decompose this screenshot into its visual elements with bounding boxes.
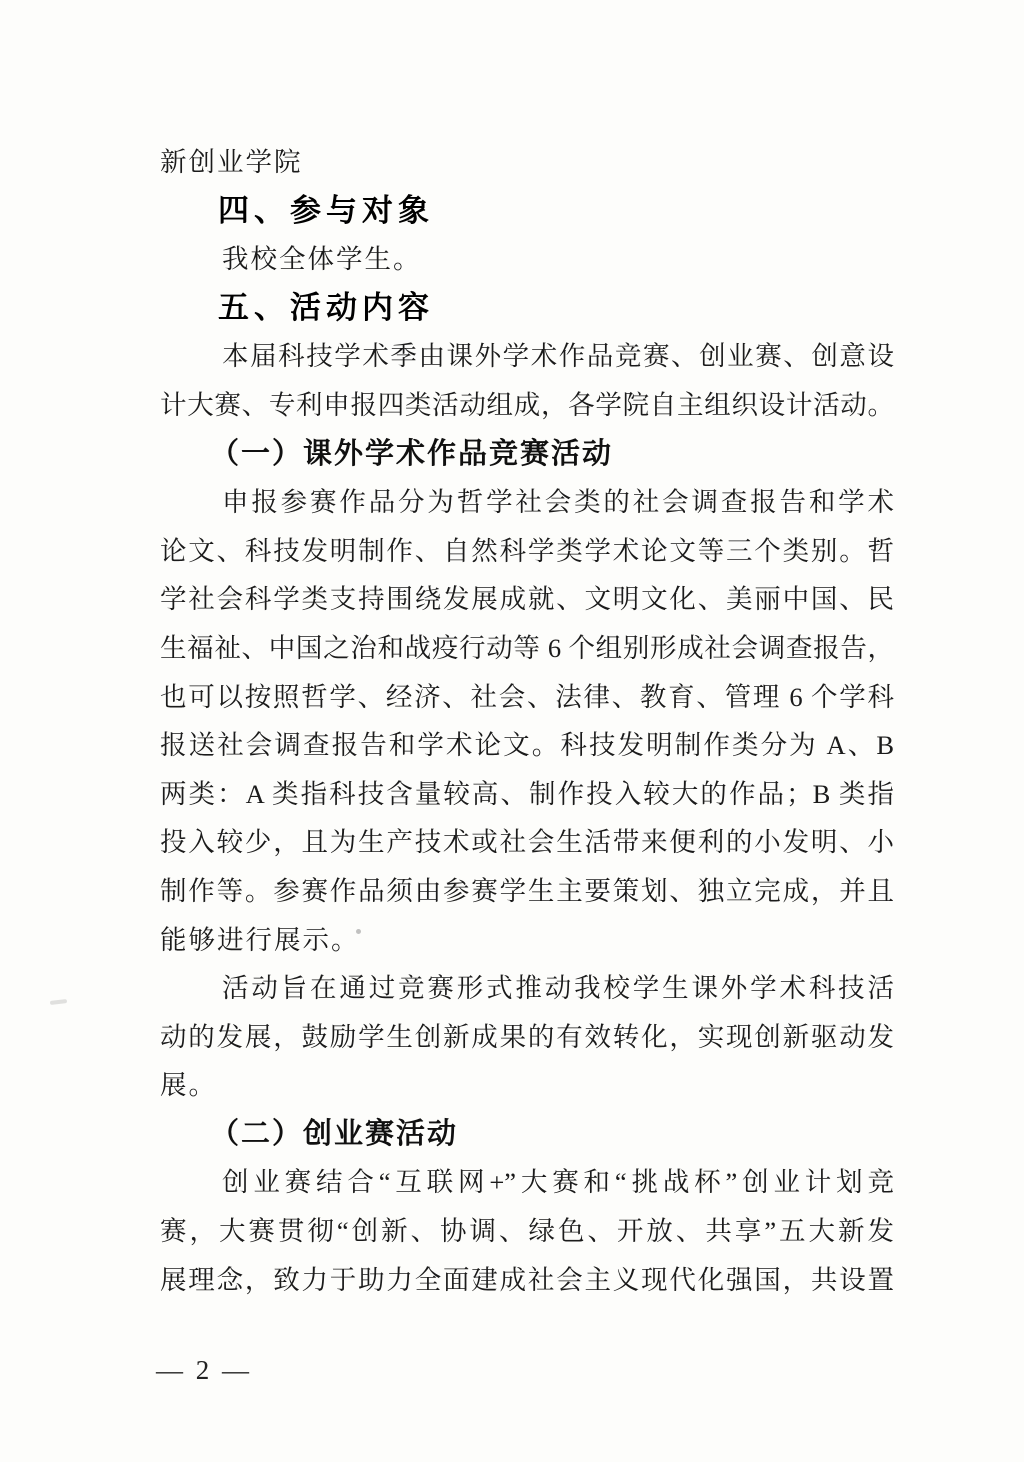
body-line: 论文、科技发明制作、自然科学类学术论文等三个类别。哲 [160, 527, 894, 576]
body-line: 展理念，致力于助力全面建成社会主义现代化强国，共设置 [160, 1256, 894, 1305]
body-line: 两类：A 类指科技含量较高、制作投入较大的作品；B 类指 [160, 770, 894, 819]
body-line: 申报参赛作品分为哲学社会类的社会调查报告和学术 [160, 478, 894, 527]
body-line: 也可以按照哲学、经济、社会、法律、教育、管理 6 个学科 [160, 673, 894, 722]
body-line: 学社会科学类支持围绕发展成就、文明文化、美丽中国、民 [160, 575, 894, 624]
body-line: 我校全体学生。 [160, 235, 894, 284]
body-line: 展。 [160, 1061, 894, 1110]
body-line: 本届科技学术季由课外学术作品竞赛、创业赛、创意设 [160, 332, 894, 381]
body-line: 计大赛、专利申报四类活动组成，各学院自主组织设计活动。 [160, 381, 894, 430]
subheading-two: （二）创业赛活动 [160, 1110, 894, 1159]
page-number: — 2 — [156, 1350, 252, 1390]
document-body: 新创业学院 四、参与对象 我校全体学生。 五、活动内容 本届科技学术季由课外学术… [160, 138, 894, 1304]
body-line: 创业赛结合“互联网+”大赛和“挑战杯”创业计划竞 [160, 1158, 894, 1207]
scan-smudge [50, 999, 67, 1005]
body-line: 能够进行展示。 [160, 916, 894, 965]
body-line: 投入较少，且为生产技术或社会生活带来便利的小发明、小 [160, 818, 894, 867]
body-line: 报送社会调查报告和学术论文。科技发明制作类分为 A、B [160, 721, 894, 770]
scan-speck [356, 929, 361, 934]
subheading-one: （一）课外学术作品竞赛活动 [160, 430, 894, 479]
continuation-line: 新创业学院 [160, 138, 894, 187]
body-line: 赛，大赛贯彻“创新、协调、绿色、开放、共享”五大新发 [160, 1207, 894, 1256]
body-line: 活动旨在通过竞赛形式推动我校学生课外学术科技活 [160, 964, 894, 1013]
body-line: 制作等。参赛作品须由参赛学生主要策划、独立完成，并且 [160, 867, 894, 916]
body-line: 动的发展，鼓励学生创新成果的有效转化，实现创新驱动发 [160, 1013, 894, 1062]
heading-section-five: 五、活动内容 [160, 284, 894, 333]
heading-section-four: 四、参与对象 [160, 187, 894, 236]
scanned-document-page: 新创业学院 四、参与对象 我校全体学生。 五、活动内容 本届科技学术季由课外学术… [0, 0, 1024, 1462]
body-line: 生福祉、中国之治和战疫行动等 6 个组别形成社会调查报告， [160, 624, 894, 673]
